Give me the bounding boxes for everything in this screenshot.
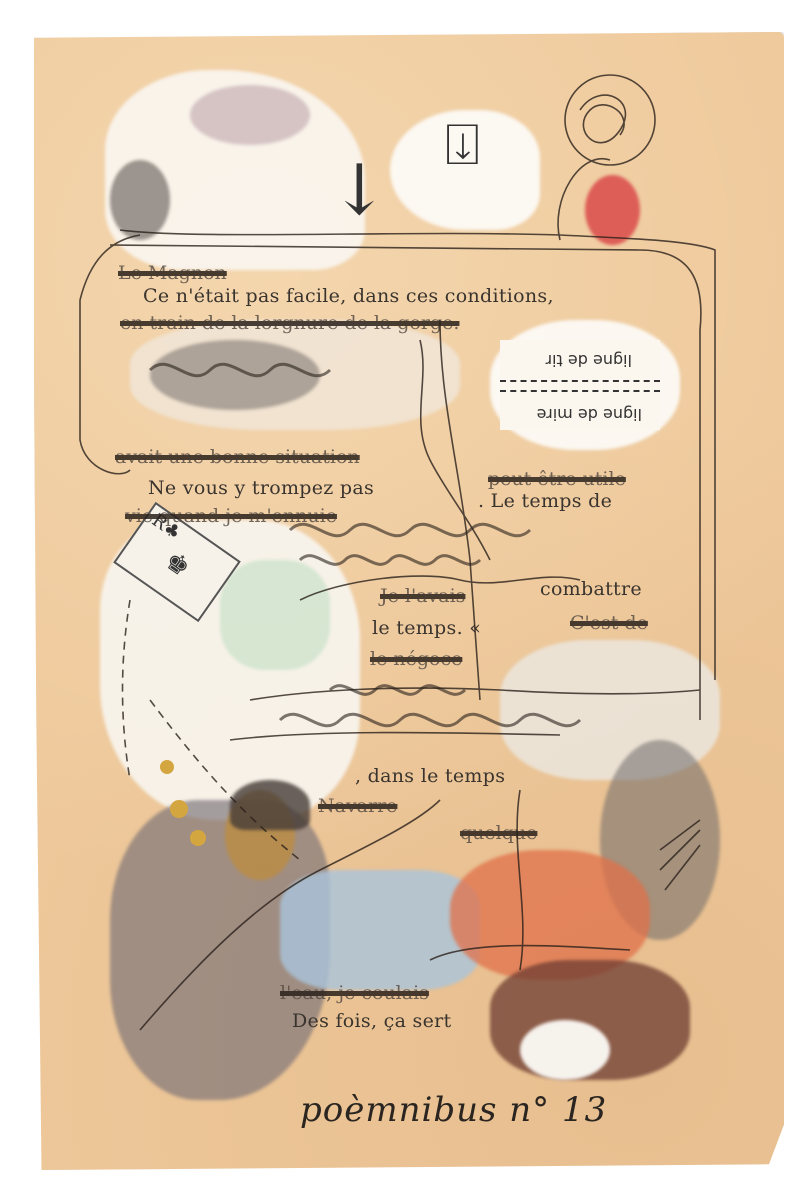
ink-scribbles <box>0 0 807 1194</box>
ink-scribble-masses <box>150 364 580 726</box>
ink-doodle-lines <box>80 75 715 1030</box>
signature: poèmnibus n° 13 <box>300 1090 607 1130</box>
